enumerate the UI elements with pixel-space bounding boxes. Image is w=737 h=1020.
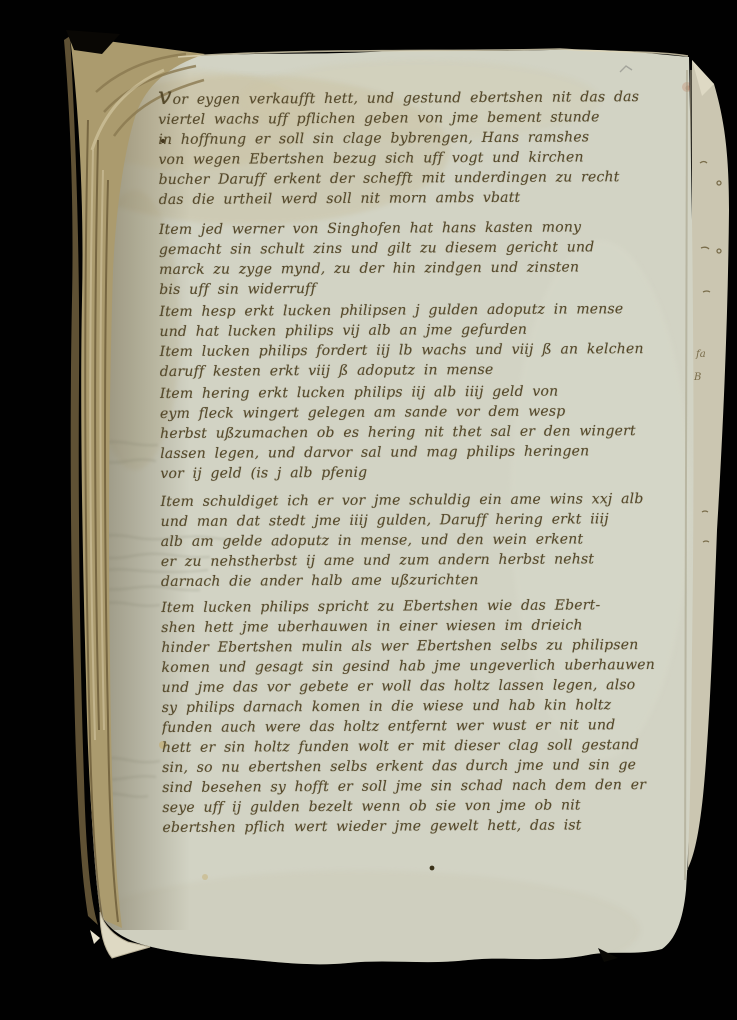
- margin-note: –erkt: [158, 304, 163, 321]
- edge-fragment: fa: [696, 350, 706, 360]
- text-line: vor ij geld (is j alb pfenig: [160, 461, 672, 484]
- margin-note: mony: [158, 242, 163, 259]
- text-line: sind besehen sy hofft er soll jme sin sc…: [162, 775, 674, 798]
- text-line: bis uff sin widerruff: [159, 277, 671, 300]
- edge-fragment: B: [694, 373, 701, 383]
- margin-note: –erkt: [158, 364, 164, 381]
- paragraph: –erktItem lucken philips fordert iij lb …: [160, 339, 672, 382]
- paragraph: monyItem jed werner von Singhofen hat ha…: [159, 217, 671, 300]
- manuscript-photo: vor eygen verkaufft hett, und gestund eb…: [0, 0, 737, 1020]
- text-line: viertel wachs uff pflichen geben von jme…: [158, 107, 670, 130]
- text-line: das die urtheil werd soll nit morn ambs …: [159, 187, 671, 210]
- text-line: ebertshen pflich wert wieder jme gewelt …: [162, 815, 674, 838]
- text-line: Item hesp erkt lucken philipsen j gulden…: [159, 299, 671, 322]
- text-line: Item lucken philips spricht zu Ebertshen…: [161, 595, 673, 618]
- paragraph: vor eygen verkaufft hett, und gestund eb…: [158, 87, 671, 210]
- text-line: gemacht sin schult zins und gilt zu dies…: [159, 237, 671, 260]
- text-line: herbst ußzumachen ob es hering nit thet …: [160, 421, 672, 444]
- text-line: darnach die ander halb ame ußzurichten: [161, 569, 673, 592]
- text-line: und man dat stedt jme iiij gulden, Daruf…: [161, 509, 673, 532]
- paragraph: –erktItem hering erkt lucken philips iij…: [160, 381, 673, 484]
- paragraph: –erktItem schuldiget ich er vor jme schu…: [160, 489, 673, 592]
- text-line: bucher Daruff erkent der schefft mit und…: [158, 167, 670, 190]
- ink-dot: [430, 866, 435, 871]
- text-line: daruff kesten erkt viij ß adoputz in men…: [160, 359, 672, 382]
- paragraph: lucken philebertshenItem lucken philips …: [161, 595, 674, 838]
- text-line: Item lucken philips fordert iij lb wachs…: [160, 339, 672, 362]
- paragraph: –erktItem hesp erkt lucken philipsen j g…: [159, 299, 671, 342]
- manuscript-text-block: vor eygen verkaufft hett, und gestund eb…: [158, 87, 675, 838]
